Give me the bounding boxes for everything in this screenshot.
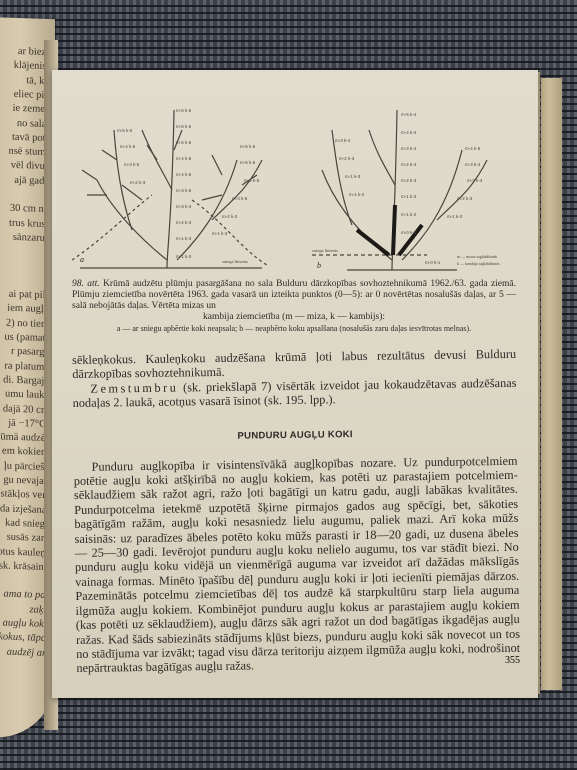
page-number: 355 [505,655,520,666]
paragraph-2: Zemstumbru (sk. priekšlapā 7) visērtāk i… [72,376,516,411]
svg-text:m-4 k-5: m-4 k-5 [176,156,192,161]
left-page-text-fragment: em kokiem [2,446,49,459]
svg-text:m-1 k-3: m-1 k-3 [176,254,192,259]
left-page-text-fragment: sk. krāsaino [0,560,49,573]
left-page-text-fragment: trus krus- [9,217,49,229]
figure-98: m-5 k-5m-5 k-5 m-5 k-5m-4 k-5 m-4 k-5m-3… [72,100,516,275]
svg-text:a: a [80,255,84,264]
left-page-text-fragment: da izješana, [0,503,49,516]
svg-text:m-4 k-5: m-4 k-5 [176,172,192,177]
tree-diagram-a: m-5 k-5m-5 k-5 m-5 k-5m-4 k-5 m-4 k-5m-3… [72,100,287,275]
svg-text:m-2 k-3: m-2 k-3 [222,214,238,219]
svg-text:m-3 k-4: m-3 k-4 [467,178,483,183]
left-page-text-fragment: ama to pa- [4,589,50,602]
svg-text:m-5 k-5: m-5 k-5 [176,108,192,113]
svg-text:sniega līmenis: sniega līmenis [222,259,248,264]
svg-text:m-1 k-3: m-1 k-3 [345,174,361,179]
svg-text:m-2 k-4: m-2 k-4 [401,162,417,167]
svg-text:m-3 k-5: m-3 k-5 [232,196,248,201]
left-page-text-fragment: umu laukā [5,389,49,402]
left-page-text-fragment: di. Bargajā [3,374,49,387]
book-cover-edge [541,78,562,690]
svg-text:m-5 k-5: m-5 k-5 [240,144,256,149]
left-page-text-fragment: jā −17°C; [8,417,49,429]
left-page-text-fragment: ai pat pil- [9,289,49,301]
right-page: m-5 k-5m-5 k-5 m-5 k-5m-4 k-5 m-4 k-5m-3… [52,70,538,698]
svg-text:m-1 k-2: m-1 k-2 [401,212,417,217]
svg-text:m-5 k-5: m-5 k-5 [117,128,133,133]
left-page-text-fragment: ūmā audzē- [0,431,49,444]
left-page-text-fragment: kad sniegs [5,517,49,530]
svg-text:sniega līmenis: sniega līmenis [312,248,338,253]
left-page-text-fragment: nsē stum- [8,146,49,158]
svg-text:m-4 k-5: m-4 k-5 [465,146,481,151]
left-page-text-fragment: iem augļu [7,303,49,315]
svg-text:m-0 k-1: m-0 k-1 [425,260,441,265]
svg-text:m-2 k-3: m-2 k-3 [130,180,146,185]
left-page-text-fragment: audzēj arī [7,646,49,658]
svg-text:m-3 k-4: m-3 k-4 [335,138,351,143]
left-page-text-fragment: us (pamat- [4,332,49,345]
left-page-text-fragment: 2) no tiem [6,317,49,330]
svg-text:k — kambija saglabāšanās: k — kambija saglabāšanās [457,261,500,266]
svg-text:m-5 k-5: m-5 k-5 [176,140,192,145]
section-heading: PUNDURU AUGĻU KOKI [73,426,517,443]
caption-text: Krūmā audzētu plūmju pasargāšana no sala… [72,279,516,311]
svg-text:m-2 k-3: m-2 k-3 [401,178,417,183]
term-zemstumbru: Zemstumbru [90,380,178,395]
left-page-text-fragment: ra platuma [4,360,49,373]
svg-text:m-3 k-3: m-3 k-3 [176,204,192,209]
svg-text:m-5 k-4: m-5 k-4 [401,112,417,117]
left-page-text-fragment: kokus, tāpat [0,632,49,645]
svg-text:m-2 k-3: m-2 k-3 [457,196,473,201]
svg-text:b: b [317,261,321,270]
svg-text:m-2 k-3: m-2 k-3 [176,220,192,225]
svg-text:m-1 k-3: m-1 k-3 [401,194,417,199]
svg-text:m-0 k-2: m-0 k-2 [401,230,417,235]
svg-text:m-4 k-4: m-4 k-4 [401,130,417,135]
svg-text:m-1 k-3: m-1 k-3 [212,231,228,236]
figure-caption: 98. att. Krūmā audzētu plūmju pasargāšan… [72,279,516,323]
svg-text:m-2 k-3: m-2 k-3 [339,156,355,161]
left-page-text-fragment: susās zara [7,532,49,544]
caption-text-center: kambija ziemcietība (m — miza, k — kambi… [72,312,516,323]
caption-legend: a — ar sniegu apbērtie koki neapsala; b … [72,324,516,333]
tree-diagram-b: m-5 k-4m-4 k-4 m-3 k-4m-2 k-4 m-2 k-3m-1… [297,100,522,275]
left-page-text-fragment: ļu pārciešā [4,460,49,473]
left-page-text-fragment: otus kauleņ- [0,546,49,559]
svg-text:m-3 k-5: m-3 k-5 [124,162,140,167]
svg-text:m-5 k-5: m-5 k-5 [176,124,192,129]
left-page-text-fragment: stākļos ver- [1,489,50,502]
svg-text:m-3 k-5: m-3 k-5 [176,188,192,193]
svg-text:m — mizas saglabāšanās: m — mizas saglabāšanās [457,254,498,259]
figure-number: 98. att. [72,279,100,289]
svg-text:m-3 k-4: m-3 k-4 [401,146,417,151]
svg-text:m-3 k-4: m-3 k-4 [465,162,481,167]
svg-text:m-1 k-3: m-1 k-3 [447,214,463,219]
left-page-text-fragment: gu nevajag [3,475,49,488]
left-page-text-fragment: augļu koku [3,617,49,630]
svg-text:m-5 k-5: m-5 k-5 [240,160,256,165]
svg-text:m-4 k-5: m-4 k-5 [120,144,136,149]
svg-text:m-1 k-3: m-1 k-3 [176,236,192,241]
paragraph-3: Punduru augļkopība ir visintensīvākā aug… [73,453,520,675]
left-page-text-fragment: dajā 20 cm [3,403,49,416]
svg-text:m-4 k-5: m-4 k-5 [244,178,260,183]
svg-text:m-1 k-2: m-1 k-2 [349,192,365,197]
